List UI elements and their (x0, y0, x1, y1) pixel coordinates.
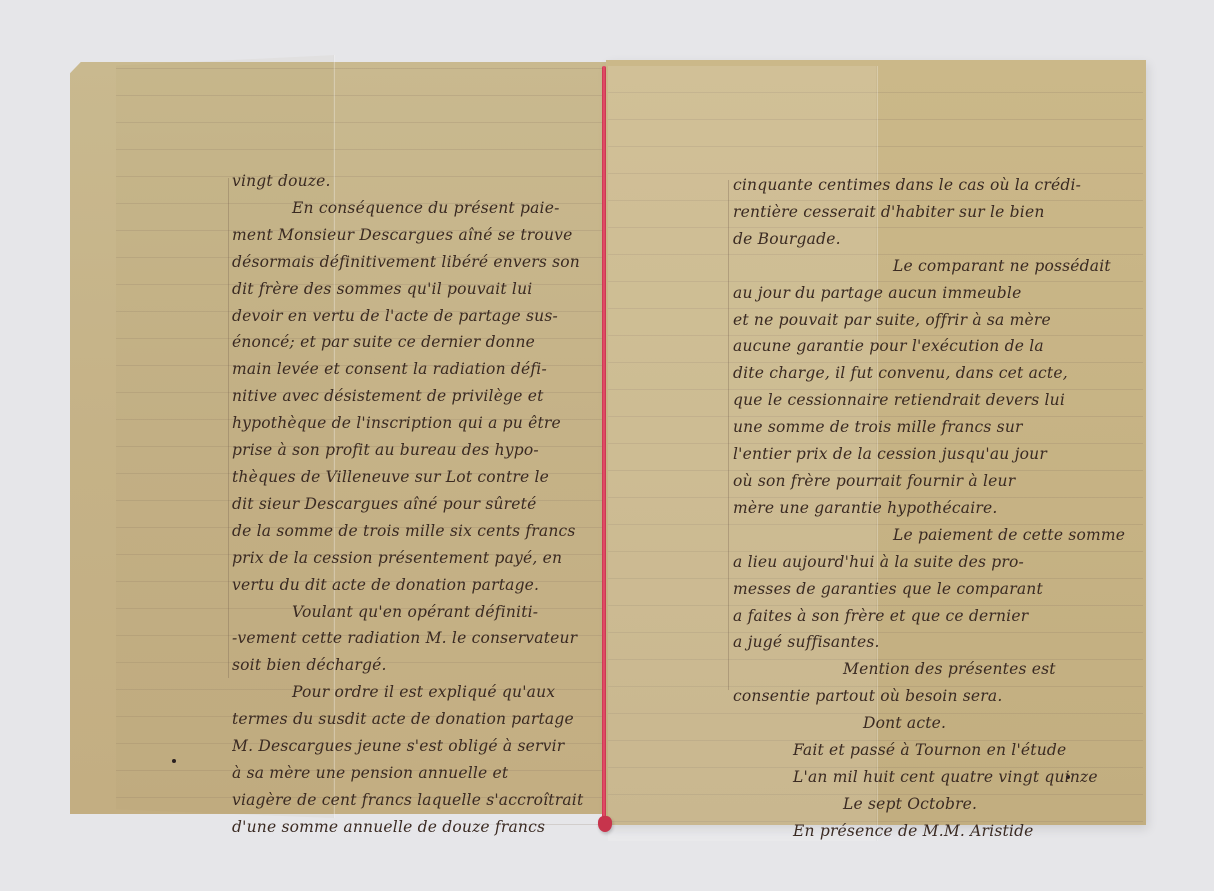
text-line: rentière cesserait d'habiter sur le bien (733, 199, 1143, 226)
text-line: Mention des présentes est (733, 656, 1143, 683)
text-line: l'entier prix de la cession jusqu'au jou… (733, 441, 1143, 468)
text-line: main levée et consent la radiation défi- (232, 356, 612, 383)
text-line: d'une somme annuelle de douze francs (232, 814, 612, 841)
text-line: à sa mère une pension annuelle et (232, 760, 612, 787)
text-line: où son frère pourrait fournir à leur (733, 468, 1143, 495)
text-line: Le sept Octobre. (733, 791, 1143, 818)
right-margin-rule (728, 180, 729, 690)
text-line: messes de garanties que le comparant (733, 576, 1143, 603)
ink-spot (172, 759, 176, 763)
text-line: une somme de trois mille francs sur (733, 414, 1143, 441)
text-line: consentie partout où besoin sera. (733, 683, 1143, 710)
text-line: Dont acte. (733, 710, 1143, 737)
text-line: Pour ordre il est expliqué qu'aux (232, 679, 612, 706)
text-line: a lieu aujourd'hui à la suite des pro- (733, 549, 1143, 576)
text-line: vertu du dit acte de donation partage. (232, 572, 612, 599)
text-line: dit frère des sommes qu'il pouvait lui (232, 276, 612, 303)
text-line: aucune garantie pour l'exécution de la (733, 333, 1143, 360)
text-line: de la somme de trois mille six cents fra… (232, 518, 612, 545)
text-line: devoir en vertu de l'acte de partage sus… (232, 303, 612, 330)
text-line: En présence de M.M. Aristide (733, 818, 1143, 845)
text-line: dit sieur Descargues aîné pour sûreté (232, 491, 612, 518)
text-line: de Bourgade. (733, 226, 1143, 253)
text-line: M. Descargues jeune s'est obligé à servi… (232, 733, 612, 760)
text-line: Voulant qu'en opérant définiti- (232, 599, 612, 626)
text-line: dite charge, il fut convenu, dans cet ac… (733, 360, 1143, 387)
left-page-handwriting: vingt douze. En conséquence du présent p… (232, 168, 612, 708)
text-line: a faites à son frère et que ce dernier (733, 603, 1143, 630)
text-line: mère une garantie hypothécaire. (733, 495, 1143, 522)
text-line: que le cessionnaire retiendrait devers l… (733, 387, 1143, 414)
text-line: hypothèque de l'inscription qui a pu êtr… (232, 410, 612, 437)
text-line: Fait et passé à Tournon en l'étude (733, 737, 1143, 764)
text-line: nitive avec désistement de privilège et (232, 383, 612, 410)
text-line: thèques de Villeneuve sur Lot contre le (232, 464, 612, 491)
text-line: Le paiement de cette somme (733, 522, 1143, 549)
right-page-handwriting: cinquante centimes dans le cas où la cré… (733, 172, 1143, 712)
text-line: En conséquence du présent paie- (232, 195, 612, 222)
text-line: termes du susdit acte de donation partag… (232, 706, 612, 733)
text-line: soit bien déchargé. (232, 652, 612, 679)
text-line: désormais définitivement libéré envers s… (232, 249, 612, 276)
text-line: prix de la cession présentement payé, en (232, 545, 612, 572)
text-line: ment Monsieur Descargues aîné se trouve (232, 222, 612, 249)
document-photo: vingt douze. En conséquence du présent p… (0, 0, 1214, 891)
text-line: -vement cette radiation M. le conservate… (232, 625, 612, 652)
text-line: énoncé; et par suite ce dernier donne (232, 329, 612, 356)
text-line: viagère de cent francs laquelle s'accroî… (232, 787, 612, 814)
text-line: Le comparant ne possédait (733, 253, 1143, 280)
text-line: au jour du partage aucun immeuble (733, 280, 1143, 307)
text-line: et ne pouvait par suite, offrir à sa mèr… (733, 307, 1143, 334)
text-line: prise à son profit au bureau des hypo- (232, 437, 612, 464)
text-line: vingt douze. (232, 168, 612, 195)
text-line: a jugé suffisantes. (733, 629, 1143, 656)
text-line: cinquante centimes dans le cas où la cré… (733, 172, 1143, 199)
left-margin-rule (228, 178, 229, 678)
text-line: L'an mil huit cent quatre vingt quinze (733, 764, 1143, 791)
